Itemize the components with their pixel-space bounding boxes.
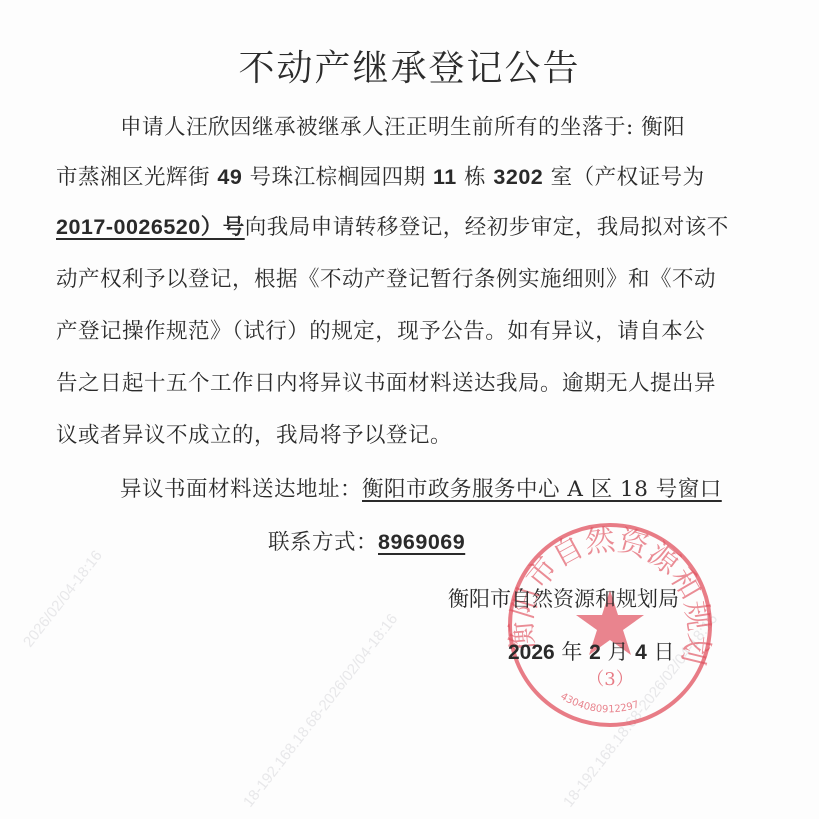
body-line-1: 申请人汪欣因继承被继承人汪正明生前所有的坐落于: 衡阳 [120,110,685,141]
svg-text:（3）: （3） [586,669,633,690]
contact-value: 8969069 [378,530,465,554]
issuer-name: 衡阳市自然资源和规划局 [448,583,679,613]
watermark: 18-192.168.18.68-2026/02/04-18:16 [240,611,401,811]
date-year-unit: 年 [561,640,582,664]
text: 栋 [464,165,486,190]
body-line-5: 产登记操作规范》（试行）的规定，现予公告。如有异议，请自本公 [56,314,705,345]
date-month-unit: 月 [607,640,628,664]
body-line-3: 2017-0026520）号向我局申请转移登记，经初步审定，我局拟对该不 [56,210,729,241]
contact-label: 联系方式： [268,530,378,555]
text: 49 [217,165,242,189]
text: 3202 [493,165,543,189]
text: 向我局申请转移登记，经初步审定，我局拟对该不 [245,215,729,240]
text: 号珠江棕榈园四期 [250,165,426,190]
objection-address-value: 衡阳市政务服务中心 A 区 18 号窗口 [362,477,722,502]
objection-address-label: 异议书面材料送达地址： [120,477,362,502]
contact: 联系方式：8969069 [268,525,465,556]
body-line-7: 议或者异议不成立的，我局将予以登记。 [56,418,452,449]
text: 室（产权证号为 [551,165,705,190]
document-title: 不动产继承登记公告 [0,40,819,91]
date-year: 2026 [508,641,555,664]
text: 市蒸湘区光辉街 [56,165,210,190]
certificate-number: 2017-0026520）号 [56,215,245,239]
body-line-2: 市蒸湘区光辉街 49 号珠江棕榈园四期 11 栋 3202 室（产权证号为 [56,160,705,191]
date-month: 2 [589,641,601,664]
text: 11 [433,165,457,189]
svg-text:4304080912297: 4304080912297 [558,691,640,715]
date-day-unit: 日 [654,640,675,664]
official-seal-icon: （3） 衡阳市自然资源和规划局 4304080912297 [505,520,715,730]
issue-date: 2026 年 2 月 4 日 [508,636,675,666]
watermark: 2026/02/04-18:16 [20,547,106,650]
body-line-4: 动产权利予以登记，根据《不动产登记暂行条例实施细则》和《不动 [56,262,716,293]
date-day: 4 [635,641,647,664]
objection-address: 异议书面材料送达地址：衡阳市政务服务中心 A 区 18 号窗口 [120,472,722,503]
body-line-6: 告之日起十五个工作日内将异议书面材料送达我局。逾期无人提出异 [56,366,716,397]
